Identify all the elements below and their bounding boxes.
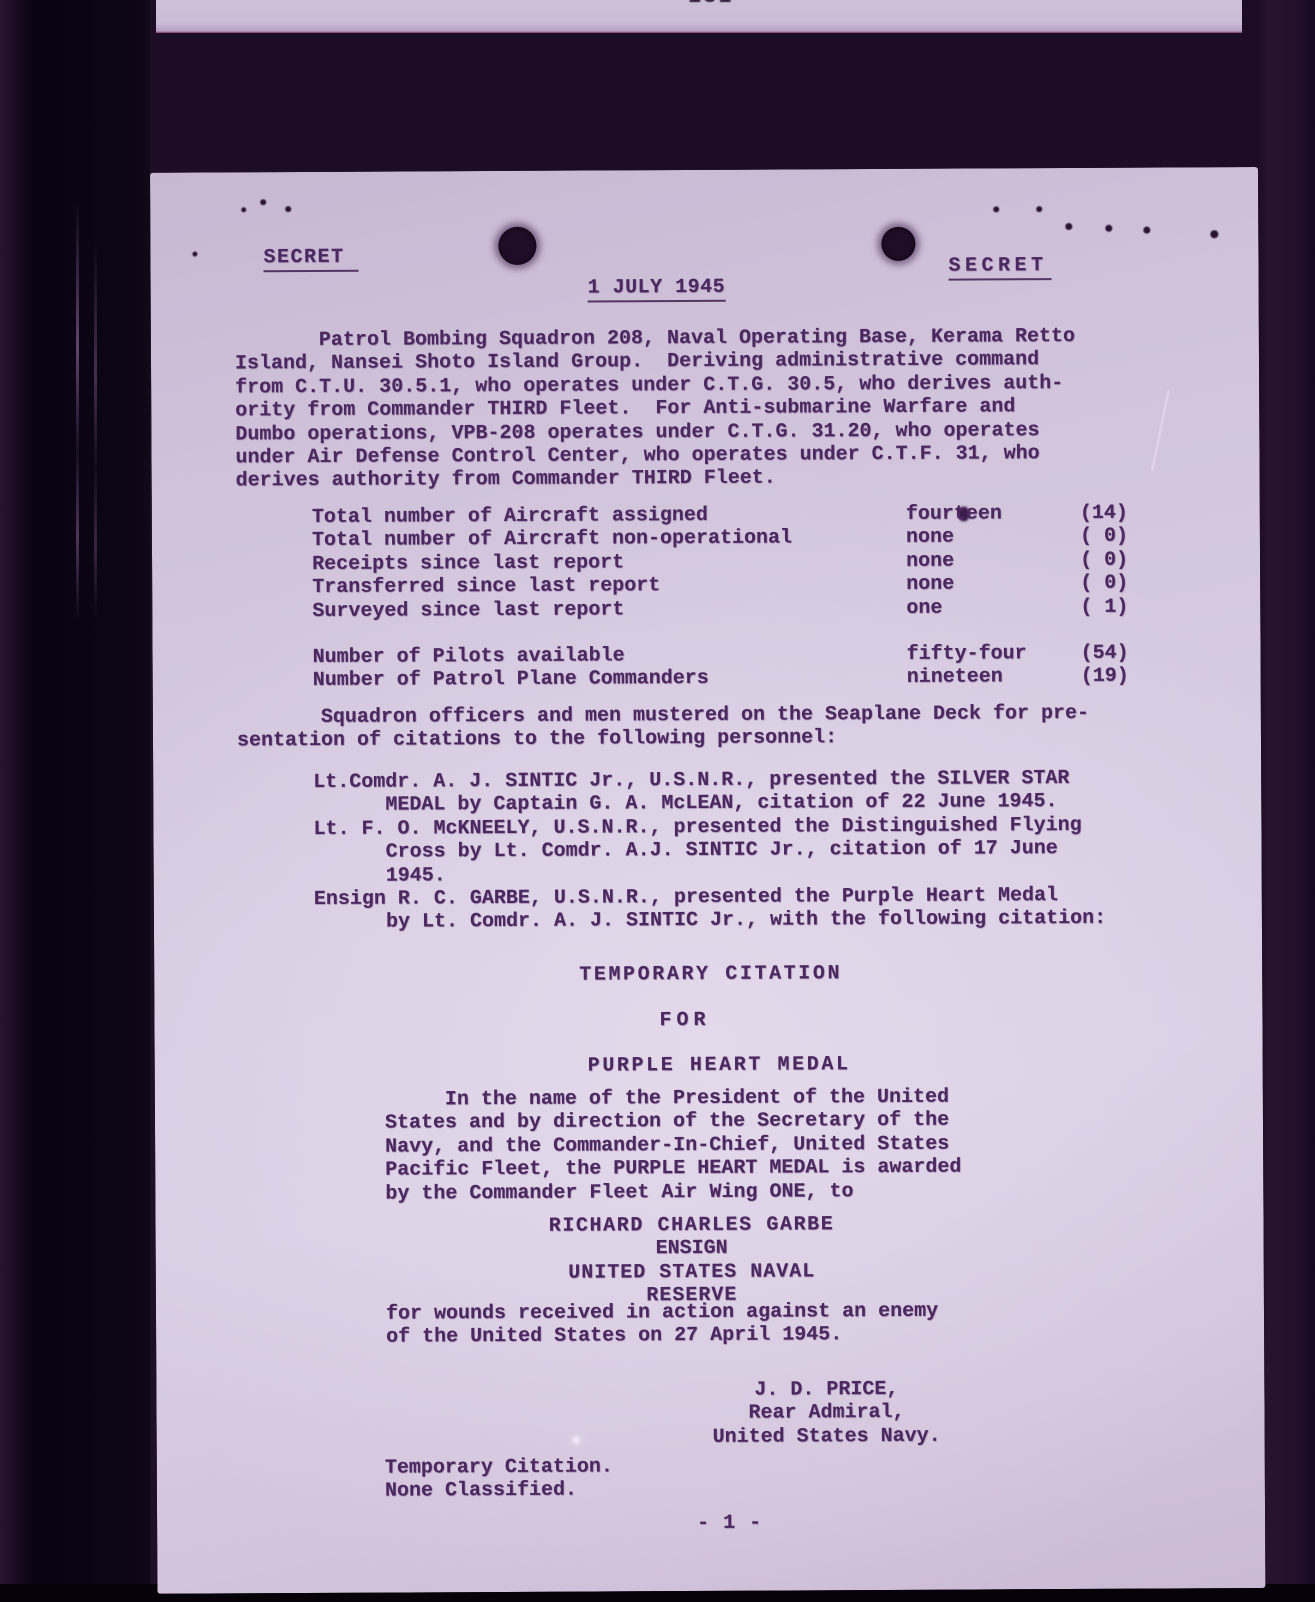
film-border-left xyxy=(0,0,150,1602)
muster-paragraph: Squadron officers and men mustered on th… xyxy=(237,702,1089,753)
date-heading: 1 JULY 1945 xyxy=(588,276,726,303)
film-speck xyxy=(285,206,291,212)
citations-list: Lt.Comdr. A. J. SINTIC Jr., U.S.N.R., pr… xyxy=(313,767,1106,935)
previous-page-number-partial: 181 xyxy=(688,0,734,9)
film-speck xyxy=(1036,206,1042,212)
film-speck xyxy=(1065,223,1072,230)
signature-service: United States Navy. xyxy=(677,1424,977,1449)
recipient-rank: ENSIGN xyxy=(536,1237,848,1262)
award-reason: for wounds received in action against an… xyxy=(386,1300,938,1350)
film-border-right xyxy=(1256,0,1315,1602)
personnel-count-table: Number of Pilots availablefifty-four(54)… xyxy=(312,641,1265,693)
heading-for: FOR xyxy=(659,1009,710,1033)
document-page: SECRET SECRET 1 JULY 1945 Patrol Bombing… xyxy=(150,167,1265,1594)
table-row: Number of Patrol Plane Commandersninetee… xyxy=(313,664,1266,692)
film-speck xyxy=(1143,227,1150,234)
aircraft-status-table: Total number of Aircraft assignedfourtee… xyxy=(312,501,1266,623)
heading-purple-heart-medal: PURPLE HEART MEDAL xyxy=(588,1053,851,1078)
footer-notes: Temporary Citation. None Classified. xyxy=(385,1455,613,1503)
film-speck xyxy=(260,199,266,205)
film-scratch xyxy=(94,240,97,620)
hole-punch-right xyxy=(881,227,915,261)
film-speck xyxy=(1105,225,1112,232)
classification-stamp-left: SECRET xyxy=(263,246,358,273)
page-scratch xyxy=(1151,390,1170,471)
recipient-name: RICHARD CHARLES GARBE xyxy=(535,1213,847,1238)
table-row: Surveyed since last reportone( 1) xyxy=(312,594,1265,622)
film-speck xyxy=(1210,230,1218,238)
film-speck xyxy=(241,207,246,212)
heading-temporary-citation: TEMPORARY CITATION xyxy=(579,962,842,987)
page-number: - 1 - xyxy=(697,1512,762,1536)
classification-stamp-right: SECRET xyxy=(948,254,1051,281)
film-speck xyxy=(192,252,197,257)
citation-body: In the name of the President of the Unit… xyxy=(385,1086,962,1206)
previous-page-strip: 181 xyxy=(156,0,1242,33)
hole-punch-left xyxy=(498,227,536,265)
signature-block: J. D. PRICE, Rear Admiral, United States… xyxy=(676,1377,976,1449)
signature-name: J. D. PRICE, xyxy=(676,1377,976,1402)
signature-rank: Rear Admiral, xyxy=(676,1401,976,1426)
page-blemish xyxy=(573,1437,580,1444)
film-speck xyxy=(993,206,999,212)
intro-paragraph: Patrol Bombing Squadron 208, Naval Opera… xyxy=(235,325,1076,493)
film-scratch xyxy=(76,200,79,620)
recipient-block: RICHARD CHARLES GARBE ENSIGN UNITED STAT… xyxy=(535,1213,847,1308)
